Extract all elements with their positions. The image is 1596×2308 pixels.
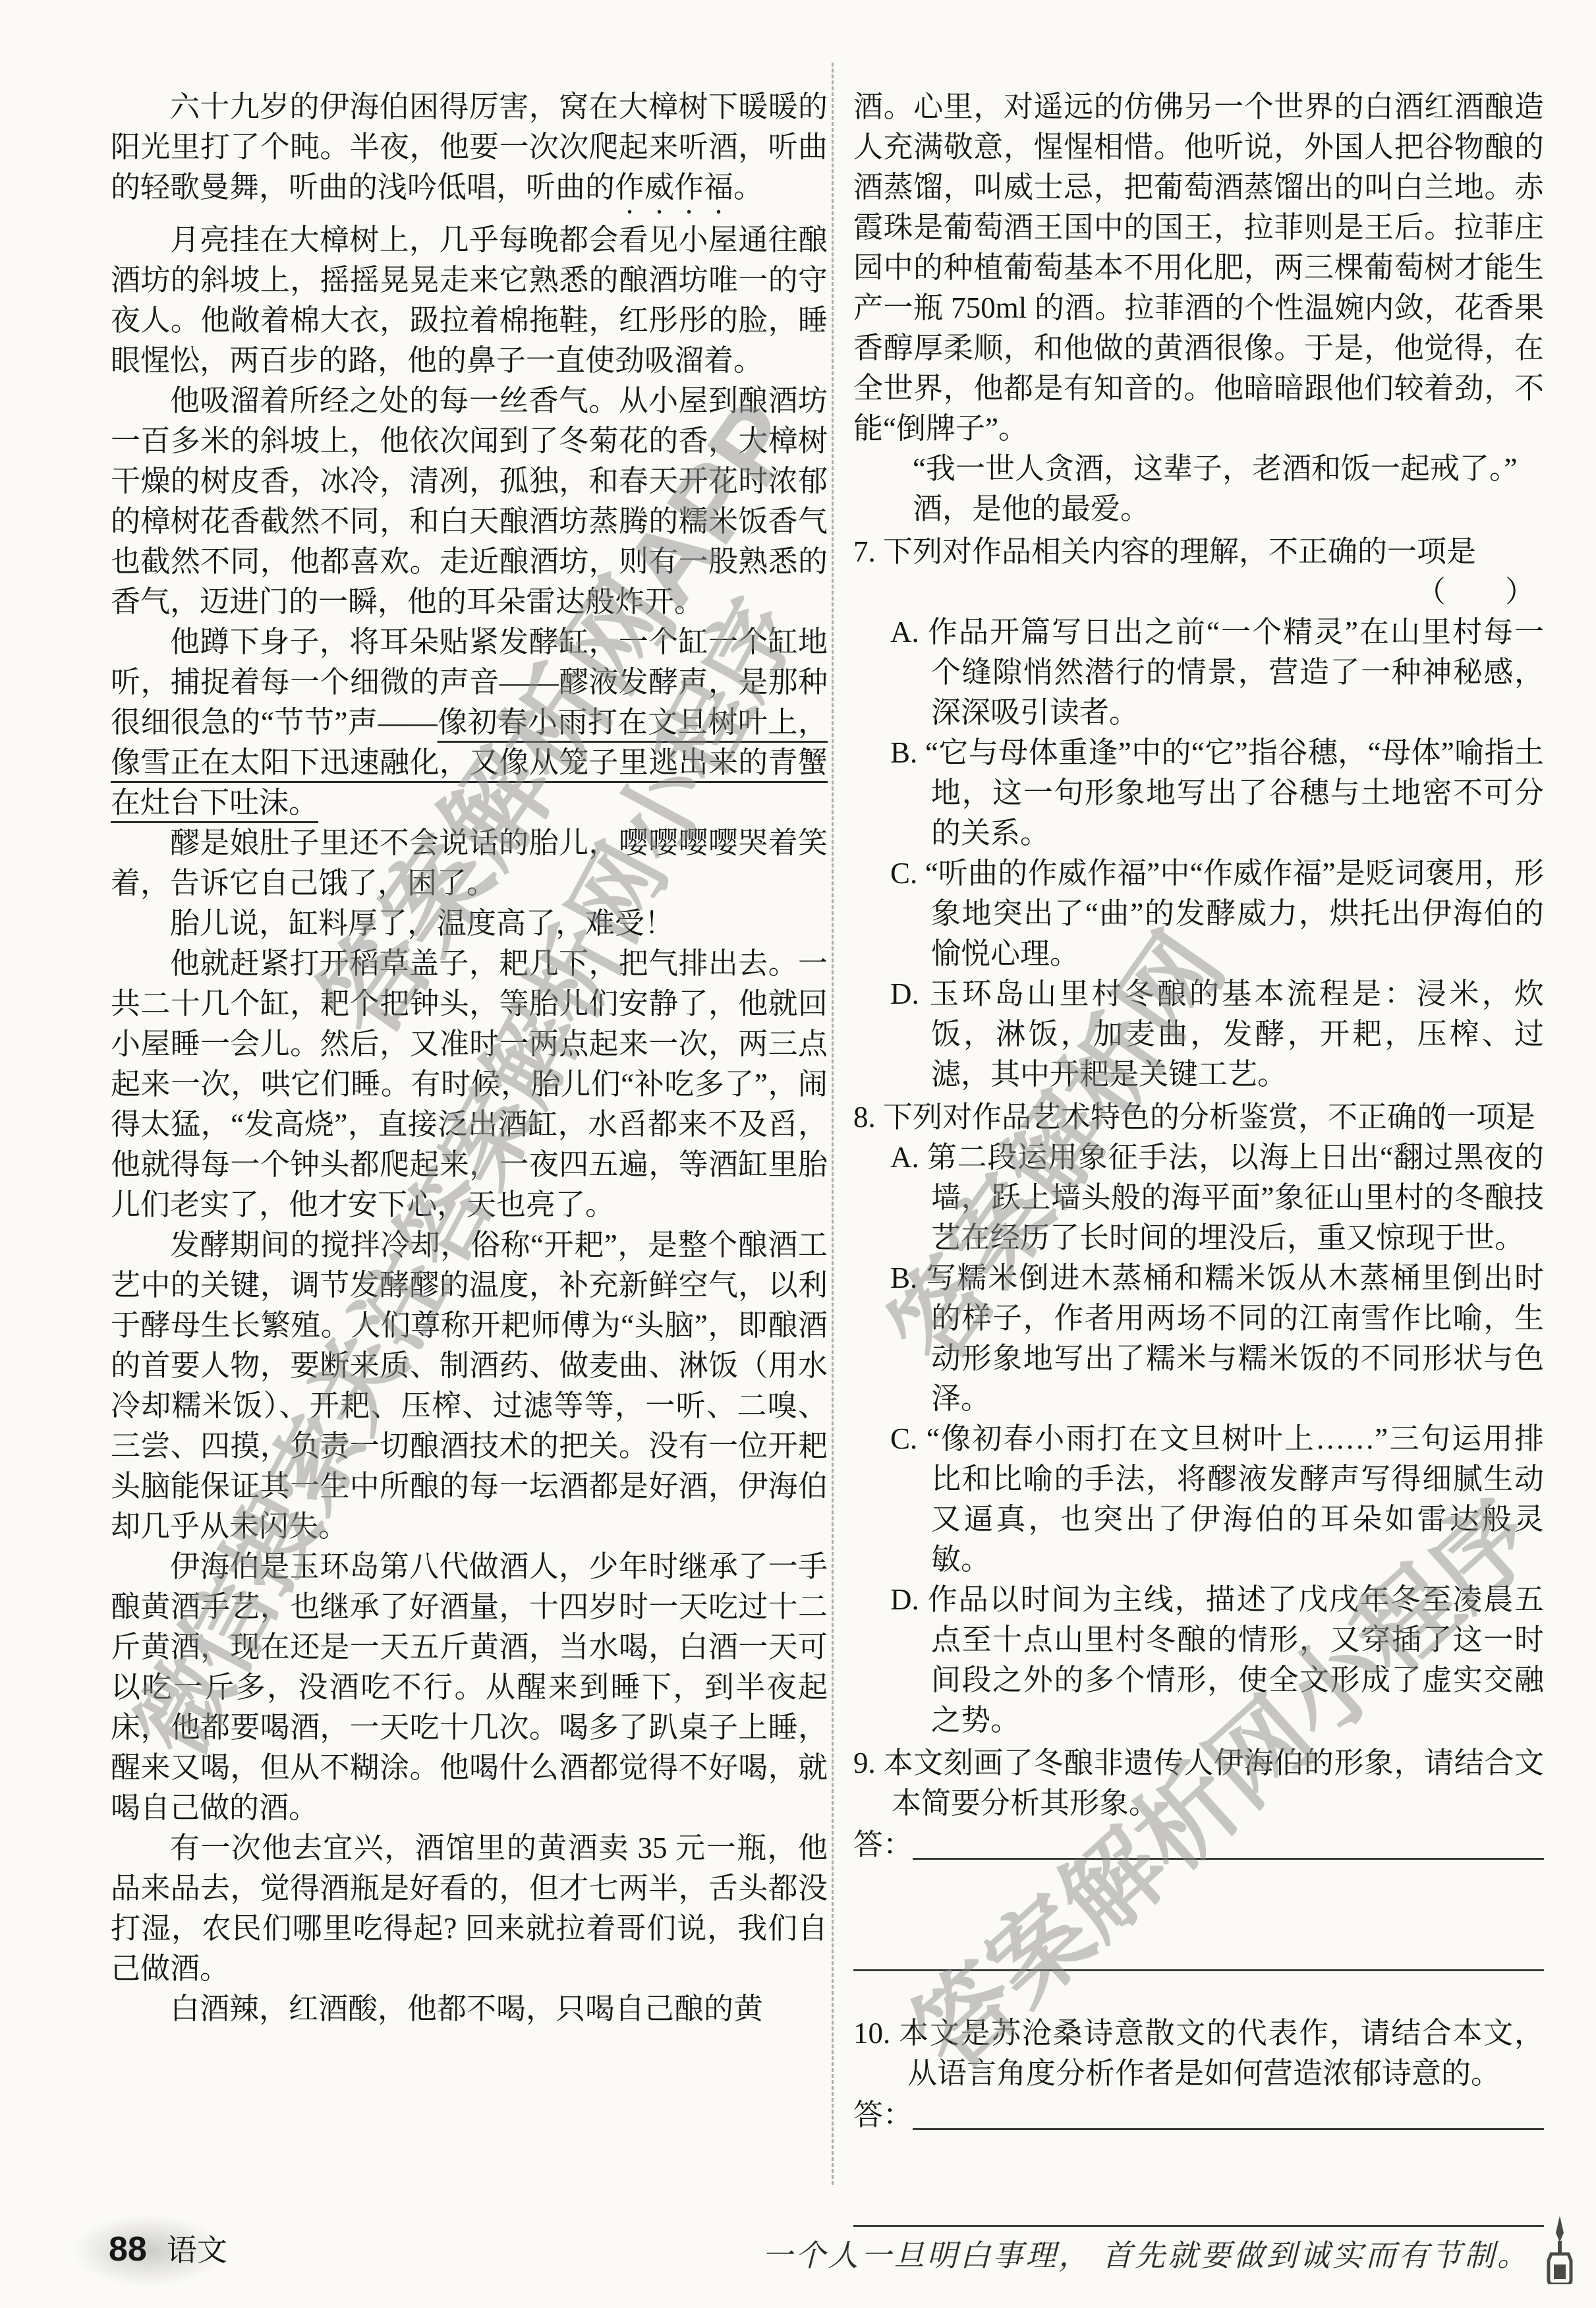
option-a: A. 作品开篇写日出之前“一个精灵”在山里村每一个缝隙悄然潜行的情景，营造了一种… [890,612,1544,733]
question-stem-text: 本文刻画了冬酿非遗传人伊海伯的形象，请结合文本简要分析其形象。 [884,1746,1544,1820]
page-number: 88 [109,2230,147,2269]
question-stem-text: 下列对作品相关内容的理解，不正确的一项是 [883,535,1476,568]
option-text: 作品开篇写日出之前“一个精灵”在山里村每一个缝隙悄然潜行的情景，营造了一种神秘感… [928,616,1544,729]
paragraph: 醪是娘肚子里还不会说话的胎儿，嘤嘤嘤嘤哭着笑着，告诉它自己饿了，困了。 [111,823,828,904]
right-column: 酒。心里，对遥远的仿佛另一个世界的白酒红酒酿造人充满敬意，惺惺相惜。他听说，外国… [853,87,1544,2227]
option-text: “像初春小雨打在文旦树叶上……”三句运用排比和比喻的手法，将醪液发酵声写得细腻生… [926,1422,1544,1576]
option-text: 玉环岛山里村冬酿的基本流程是：浸米，炊饭，淋饭，加麦曲，发酵，开耙，压榨、过滤，… [929,977,1544,1091]
question-stem: 7. 下列对作品相关内容的理解，不正确的一项是 [853,532,1544,572]
answer-blank-line [853,2199,1544,2227]
paragraph: 他蹲下身子，将耳朵贴紧发酵缸，一个缸一个缸地听，捕捉着每一个细微的声音——醪液发… [111,622,828,823]
option-label: D. [890,977,919,1010]
paragraph: 酒，是他的最爱。 [853,489,1544,529]
ink-pen-icon [1543,2216,1576,2284]
paragraph: 白酒辣，红酒酸，他都不喝，只喝自己酿的黄 [111,1989,828,2029]
emphasized-text: 作威作福 [615,171,733,204]
question-number: 8. [853,1101,876,1134]
answer-label: 答： [853,1825,913,1865]
exam-page: 答案解析网APP 微信搜索关注答案解析网小程序 答案解析网小程序 答案解析网 六… [0,0,1596,2308]
left-column: 六十九岁的伊海伯困得厉害，窝在大樟树下暖暖的阳光里打了个盹。半夜，他要一次次爬起… [111,87,828,2029]
paragraph: 六十九岁的伊海伯困得厉害，窝在大樟树下暖暖的阳光里打了个盹。半夜，他要一次次爬起… [111,87,828,220]
option-label: B. [890,1261,917,1294]
paragraph: 酒。心里，对遥远的仿佛另一个世界的白酒红酒酿造人充满敬意，惺惺相惜。他听说，外国… [853,87,1544,449]
question-7: 7. 下列对作品相关内容的理解，不正确的一项是 （ ） A. 作品开篇写日出之前… [853,532,1544,1095]
column-divider [832,63,834,2185]
option-text: “它与母体重逢”中的“它”指谷穗，“母体”喻指土地，这一句形象地写出了谷穗与土地… [925,736,1544,850]
question-stem-text: 本文是苏沧桑诗意散文的代表作，请结合本文，从语言角度分析作者是如何营造浓郁诗意的… [899,2017,1544,2090]
option-label: D. [890,1583,919,1616]
option-b: B. “它与母体重逢”中的“它”指谷穗，“母体”喻指土地，这一句形象地写出了谷穗… [890,733,1544,853]
option-a: A. 第二段运用象征手法，以海上日出“翻过黑夜的墙，跃上墙头般的海平面”象征山里… [890,1138,1544,1258]
option-c: C. “听曲的作威作福”中“作威作福”是贬词褒用，形象地突出了“曲”的发酵威力，… [890,853,1544,974]
subject-label: 语文 [167,2226,227,2270]
answer-blank-line [853,1943,1544,1971]
question-9: 9. 本文刻画了冬酿非遗传人伊海伯的形象，请结合文本简要分析其形象。 答： [853,1743,1544,1971]
footer-motto: 一个人一旦明白事理， 首先就要做到诚实而有节制。 [762,2232,1531,2275]
option-text: 写糯米倒进木蒸桶和糯米饭从木蒸桶里倒出时的样子，作者用两场不同的江南雪作比喻，生… [926,1261,1545,1415]
option-label: A. [890,1141,919,1174]
answer-bracket: （ ） [853,572,1544,612]
option-text: 作品以时间为主线，描述了戊戌年冬至凌晨五点至十点山里村冬酿的情形，又穿插了这一时… [928,1583,1544,1737]
answer-blank-line [913,1858,1544,1860]
paragraph: 伊海伯是玉环岛第八代做酒人，少年时继承了一手酿黄酒手艺，也继承了好酒量，十四岁时… [111,1547,828,1828]
question-8: 8. 下列对作品艺术特色的分析鉴赏，不正确的一项是（ ） A. 第二段运用象征手… [853,1097,1544,1741]
question-number: 9. [853,1746,876,1779]
question-stem: 10. 本文是苏沧桑诗意散文的代表作，请结合本文，从语言角度分析作者是如何营造浓… [853,2013,1544,2094]
paragraph: 月亮挂在大樟树上，几乎每晚都会看见小屋通往酿酒坊的斜坡上，摇摇晃晃走来它熟悉的酿… [111,220,828,381]
option-d: D. 玉环岛山里村冬酿的基本流程是：浸米，炊饭，淋饭，加麦曲，发酵，开耙，压榨、… [890,974,1544,1095]
question-10: 10. 本文是苏沧桑诗意散文的代表作，请结合本文，从语言角度分析作者是如何营造浓… [853,2013,1544,2227]
answer-bracket: （ ） [1454,1097,1535,1138]
paragraph: 他吸溜着所经之处的每一丝香气。从小屋到酿酒坊一百多米的斜坡上，他依次闻到了冬菊花… [111,381,828,622]
option-c: C. “像初春小雨打在文旦树叶上……”三句运用排比和比喻的手法，将醪液发酵声写得… [890,1419,1544,1580]
option-label: C. [890,857,917,890]
option-b: B. 写糯米倒进木蒸桶和糯米饭从木蒸桶里倒出时的样子，作者用两场不同的江南雪作比… [890,1258,1544,1419]
answer-blank-line [913,2128,1544,2130]
option-label: A. [890,616,919,649]
option-text: “听曲的作威作福”中“作威作福”是贬词褒用，形象地突出了“曲”的发酵威力，烘托出… [925,857,1544,970]
answer-row: 答： [853,1825,1544,1865]
option-label: C. [890,1422,917,1455]
option-label: B. [890,736,917,769]
paragraph: 胎儿说，缸料厚了，温度高了，难受！ [111,904,828,944]
option-d: D. 作品以时间为主线，描述了戊戌年冬至凌晨五点至十点山里村冬酿的情形，又穿插了… [890,1580,1544,1741]
option-text: 第二段运用象征手法，以海上日出“翻过黑夜的墙，跃上墙头般的海平面”象征山里村的冬… [927,1141,1544,1254]
footer-left: 88 语文 [109,2226,227,2270]
paragraph: 有一次他去宜兴，酒馆里的黄酒卖 35 元一瓶，他品来品去，觉得酒瓶是好看的，但才… [111,1828,828,1989]
answer-label: 答： [853,2095,913,2135]
question-stem: 8. 下列对作品艺术特色的分析鉴赏，不正确的一项是（ ） [853,1097,1544,1138]
answer-row: 答： [853,2095,1544,2135]
question-number: 7. [853,535,876,568]
question-number: 10. [853,2017,890,2050]
paragraph-text: 。 [733,171,763,204]
paragraph: 发酵期间的搅拌冷却，俗称“开耙”，是整个酿酒工艺中的关键，调节发酵醪的温度，补充… [111,1225,828,1547]
paragraph: “我一世人贪酒，这辈子，老酒和饭一起戒了。” [853,449,1544,489]
question-stem: 9. 本文刻画了冬酿非遗传人伊海伯的形象，请结合文本简要分析其形象。 [853,1743,1544,1824]
paragraph: 他就赶紧打开稻草盖子，耙几下，把气排出去。一共二十几个缸，耙个把钟头，等胎儿们安… [111,944,828,1225]
